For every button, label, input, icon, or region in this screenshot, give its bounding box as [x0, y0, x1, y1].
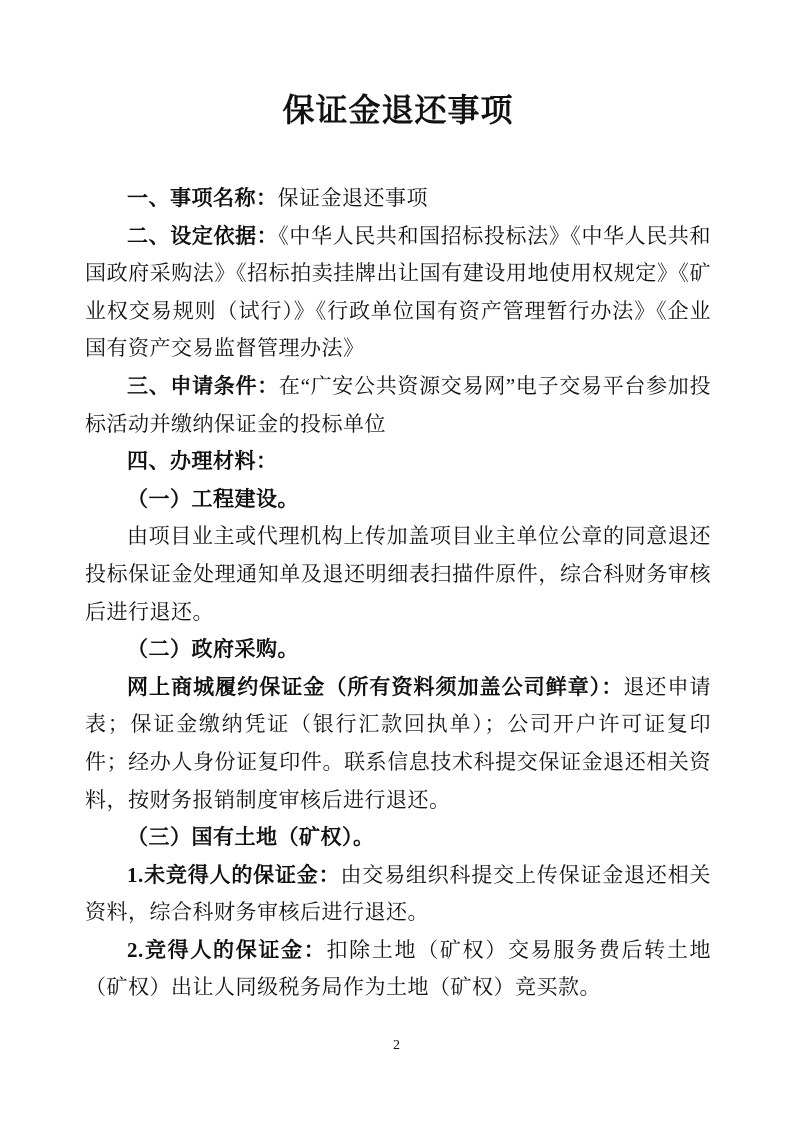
document-content: 保证金退还事项 一、事项名称：保证金退还事项二、设定依据：《中华人民共和国招标投… — [85, 86, 711, 1007]
bold-text-run: 二、设定依据： — [127, 225, 278, 248]
paragraph: （一）工程建设。 — [85, 481, 711, 519]
paragraph: 三、申请条件：在“广安公共资源交易网”电子交易平台参加投标活动并缴纳保证金的投标… — [85, 368, 711, 443]
paragraph: 1.未竞得人的保证金：由交易组织科提交上传保证金退还相关资料，综合科财务审核后进… — [85, 857, 711, 932]
bold-text-run: 三、申请条件： — [127, 375, 279, 398]
bold-text-run: 网上商城履约保证金（所有资料须加盖公司鲜章）： — [127, 675, 623, 699]
page-title: 保证金退还事项 — [85, 86, 711, 134]
paragraph: （三）国有土地（矿权）。 — [85, 819, 711, 857]
bold-text-run: （二）政府采购。 — [127, 637, 299, 661]
bold-text-run: （三）国有土地（矿权）。 — [127, 825, 375, 849]
bold-text-run: （一）工程建设。 — [127, 487, 299, 511]
text-run: 保证金退还事项 — [278, 186, 429, 210]
bold-text-run: 1.未竞得人的保证金： — [127, 863, 340, 887]
paragraph: 2.竞得人的保证金：扣除土地（矿权）交易服务费后转土地（矿权）出让人同级税务局作… — [85, 932, 711, 1007]
paragraph: 网上商城履约保证金（所有资料须加盖公司鲜章）：退还申请表；保证金缴纳凭证（银行汇… — [85, 669, 711, 819]
bold-text-run: 2.竞得人的保证金： — [127, 938, 326, 962]
paragraph: 一、事项名称：保证金退还事项 — [85, 180, 711, 218]
paragraph: 由项目业主或代理机构上传加盖项目业主单位公章的同意退还投标保证金处理通知单及退还… — [85, 518, 711, 631]
bold-text-run: 四、办理材料： — [127, 450, 278, 473]
page-footer: 2 — [0, 1036, 793, 1054]
document-page: 保证金退还事项 一、事项名称：保证金退还事项二、设定依据：《中华人民共和国招标投… — [0, 0, 793, 1122]
bold-text-run: 一、事项名称： — [127, 187, 278, 210]
paragraph: （二）政府采购。 — [85, 631, 711, 669]
paragraph: 四、办理材料： — [85, 443, 711, 481]
text-run: 由项目业主或代理机构上传加盖项目业主单位公章的同意退还投标保证金处理通知单及退还… — [85, 524, 711, 623]
paragraph: 二、设定依据：《中华人民共和国招标投标法》《中华人民共和国政府采购法》《招标拍卖… — [85, 218, 711, 368]
page-number: 2 — [393, 1038, 400, 1053]
document-body: 一、事项名称：保证金退还事项二、设定依据：《中华人民共和国招标投标法》《中华人民… — [85, 180, 711, 1007]
